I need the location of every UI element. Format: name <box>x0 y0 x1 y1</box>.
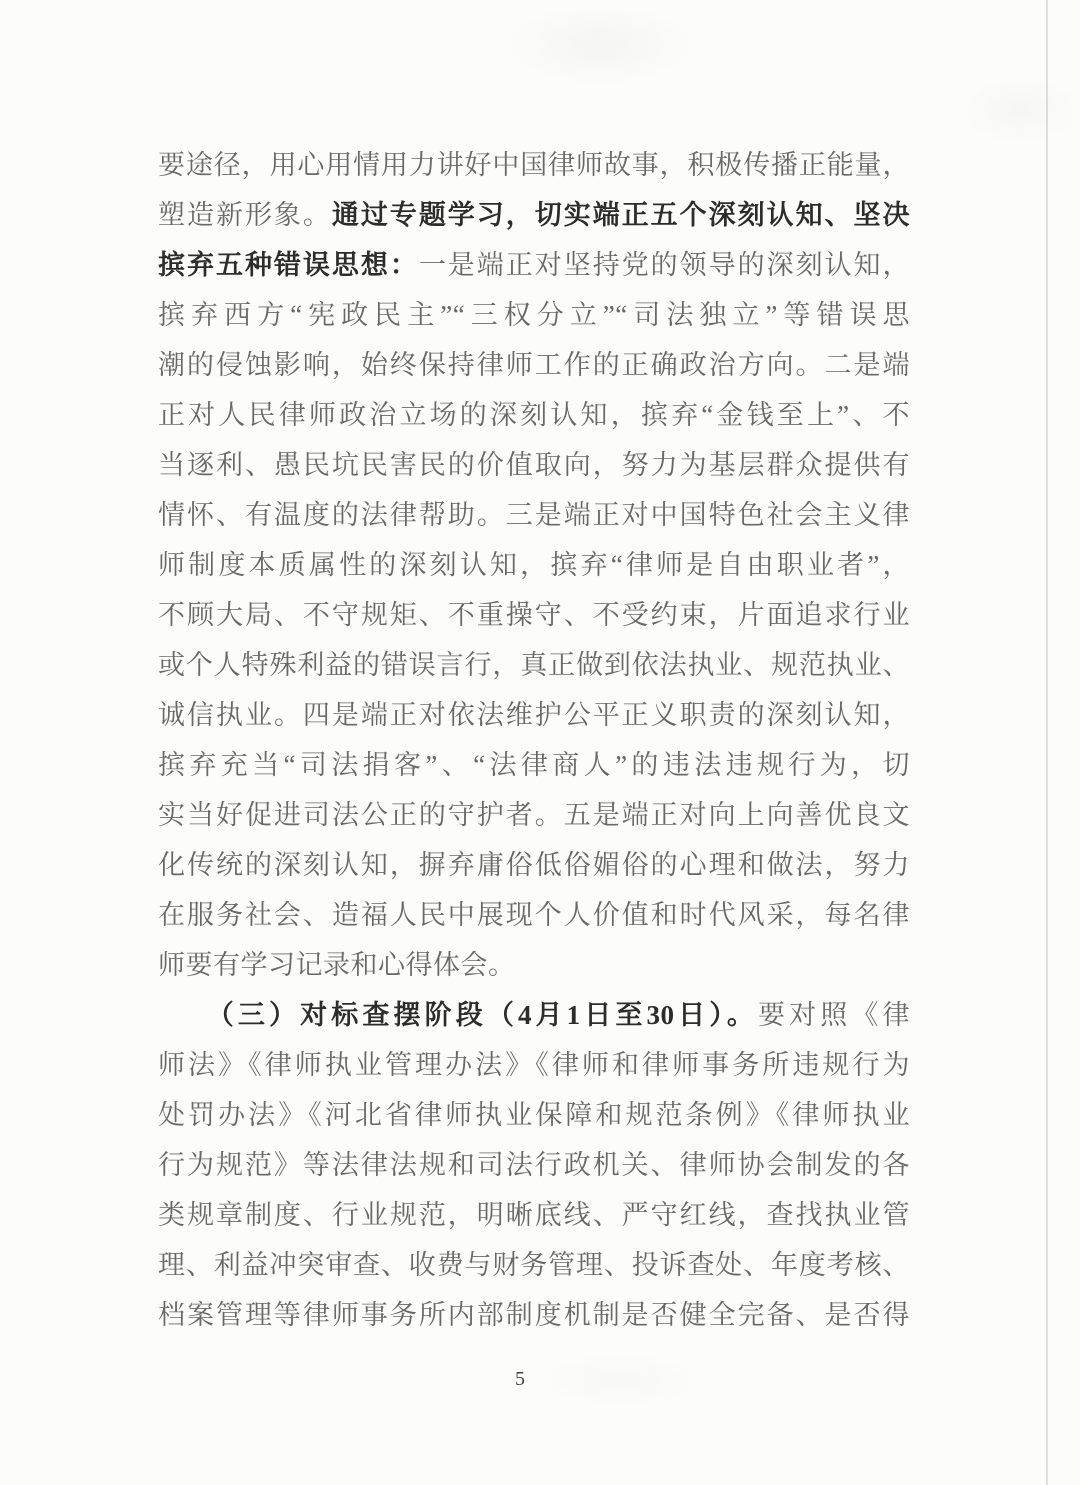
text-line: 档案管理等律师事务所内部制度机制是否健全完备、是否得 <box>158 1290 910 1340</box>
text-line: 师制度本质属性的深刻认知，摈弃“律师是自由职业者”， <box>158 540 910 590</box>
text-line: 当逐利、愚民坑民害民的价值取向，努力为基层群众提供有 <box>158 440 910 490</box>
text-segment: 在服务社会、造福人民中展现个人价值和时代风采，每名律 <box>158 900 910 930</box>
text-segment: 情怀、有温度的法律帮助。三是端正对中国特色社会主义律 <box>158 500 910 530</box>
text-line: 类规章制度、行业规范，明晰底线、严守红线，查找执业管 <box>158 1190 910 1240</box>
text-segment-bold: （三）对标查摆阶段（4月1日至30日）。 <box>158 1000 758 1030</box>
text-segment: 类规章制度、行业规范，明晰底线、严守红线，查找执业管 <box>158 1200 910 1230</box>
text-line: 师法》《律师执业管理办法》《律师和律师事务所违规行为 <box>158 1040 910 1090</box>
text-segment-bold: 通过专题学习，切实端正五个深刻认知、坚决 <box>332 200 910 230</box>
text-segment: 理、利益冲突审查、收费与财务管理、投诉查处、年度考核、 <box>158 1250 910 1280</box>
page-number: 5 <box>0 1368 1040 1391</box>
text-segment: 师制度本质属性的深刻认知，摈弃“律师是自由职业者”， <box>158 550 910 580</box>
text-line: 潮的侵蚀影响，始终保持律师工作的正确政治方向。二是端 <box>158 340 910 390</box>
text-segment: 要途径，用心用情用力讲好中国律师故事，积极传播正能量， <box>158 150 910 180</box>
text-line: 摈弃充当“司法捐客”、“法律商人”的违法违规行为，切 <box>158 740 910 790</box>
text-segment: 不顾大局、不守规矩、不重操守、不受约束，片面追求行业 <box>158 600 910 630</box>
text-line: 要途径，用心用情用力讲好中国律师故事，积极传播正能量， <box>158 140 910 190</box>
text-segment: 正对人民律师政治立场的深刻认知，摈弃“金钱至上”、不 <box>158 400 910 430</box>
text-segment: 摈弃充当“司法捐客”、“法律商人”的违法违规行为，切 <box>158 750 910 780</box>
text-segment: 诚信执业。四是端正对依法维护公平正义职责的深刻认知， <box>158 700 910 730</box>
text-line: 塑造新形象。通过专题学习，切实端正五个深刻认知、坚决 <box>158 190 910 240</box>
text-line: 情怀、有温度的法律帮助。三是端正对中国特色社会主义律 <box>158 490 910 540</box>
text-segment: 当逐利、愚民坑民害民的价值取向，努力为基层群众提供有 <box>158 450 910 480</box>
text-line: 摈弃五种错误思想：一是端正对坚持党的领导的深刻认知， <box>158 240 910 290</box>
text-line: 不顾大局、不守规矩、不重操守、不受约束，片面追求行业 <box>158 590 910 640</box>
text-segment: 摈弃西方“宪政民主”“三权分立”“司法独立”等错误思 <box>158 300 910 330</box>
text-segment: 潮的侵蚀影响，始终保持律师工作的正确政治方向。二是端 <box>158 350 910 380</box>
text-line: 在服务社会、造福人民中展现个人价值和时代风采，每名律 <box>158 890 910 940</box>
document-body: 要途径，用心用情用力讲好中国律师故事，积极传播正能量，塑造新形象。通过专题学习，… <box>158 140 910 1340</box>
text-segment: 要对照《律 <box>758 1000 910 1030</box>
text-line: 行为规范》等法律法规和司法行政机关、律师协会制发的各 <box>158 1140 910 1190</box>
text-segment: 或个人特殊利益的错误言行，真正做到依法执业、规范执业、 <box>158 650 910 680</box>
text-segment: 塑造新形象。 <box>158 200 332 230</box>
text-segment: 师法》《律师执业管理办法》《律师和律师事务所违规行为 <box>158 1050 910 1080</box>
text-line: 理、利益冲突审查、收费与财务管理、投诉查处、年度考核、 <box>158 1240 910 1290</box>
text-line: 摈弃西方“宪政民主”“三权分立”“司法独立”等错误思 <box>158 290 910 340</box>
text-line: 师要有学习记录和心得体会。 <box>158 940 910 990</box>
text-line: 或个人特殊利益的错误言行，真正做到依法执业、规范执业、 <box>158 640 910 690</box>
text-segment-bold: 摈弃五种错误思想： <box>158 250 419 280</box>
text-line: （三）对标查摆阶段（4月1日至30日）。要对照《律 <box>158 990 910 1040</box>
text-segment: 实当好促进司法公正的守护者。五是端正对向上向善优良文 <box>158 800 910 830</box>
text-segment: 处罚办法》《河北省律师执业保障和规范条例》《律师执业 <box>158 1100 910 1130</box>
text-segment: 行为规范》等法律法规和司法行政机关、律师协会制发的各 <box>158 1150 910 1180</box>
text-line: 处罚办法》《河北省律师执业保障和规范条例》《律师执业 <box>158 1090 910 1140</box>
text-line: 化传统的深刻认知，摒弃庸俗低俗媚俗的心理和做法，努力 <box>158 840 910 890</box>
text-segment: 化传统的深刻认知，摒弃庸俗低俗媚俗的心理和做法，努力 <box>158 850 910 880</box>
text-line: 正对人民律师政治立场的深刻认知，摈弃“金钱至上”、不 <box>158 390 910 440</box>
text-line: 实当好促进司法公正的守护者。五是端正对向上向善优良文 <box>158 790 910 840</box>
scan-edge-artifact <box>1046 0 1048 1485</box>
text-segment: 师要有学习记录和心得体会。 <box>158 950 516 980</box>
text-segment: 档案管理等律师事务所内部制度机制是否健全完备、是否得 <box>158 1300 910 1330</box>
text-segment: 一是端正对坚持党的领导的深刻认知， <box>419 250 910 280</box>
text-line: 诚信执业。四是端正对依法维护公平正义职责的深刻认知， <box>158 690 910 740</box>
